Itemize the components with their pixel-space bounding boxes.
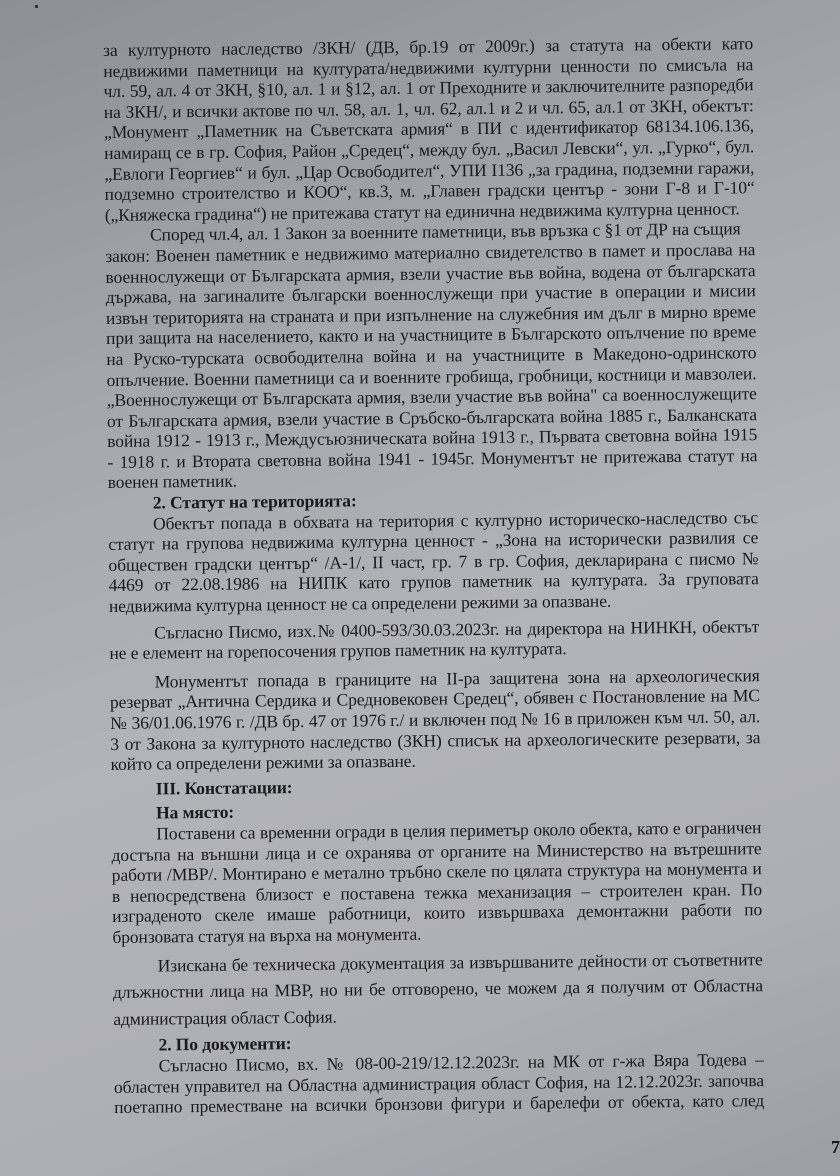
dust-speck — [35, 5, 38, 8]
paragraph-ninkn-letter: Съгласно Писмо, изх.№ 0400-593/30.03.202… — [109, 616, 759, 664]
paragraph-archaeological-reserve: Монументът попада в границите на II-ра з… — [110, 665, 761, 775]
paragraph-military-monuments: Според чл.4, ал. 1 Закон за военните пам… — [105, 219, 758, 494]
document-photo: за културното наследство /ЗКН/ (ДВ, бр.1… — [0, 0, 840, 1176]
paragraph-on-site: Поставени са временни огради в целия пер… — [111, 817, 762, 947]
paragraph-legal-status: за културното наследство /ЗКН/ (ДВ, бр.1… — [103, 33, 755, 225]
paragraph-documents: Съгласно Писмо, вх. № 08-00-219/12.12.20… — [114, 1049, 765, 1118]
document-text: за културното наследство /ЗКН/ (ДВ, бр.1… — [103, 33, 764, 1117]
page-corner-mark: 7 — [831, 1137, 840, 1158]
paragraph-territory: Обектът попада в обхвата на територия с … — [108, 507, 759, 617]
paragraph-docs-request: Изискана бе техническа документация за и… — [113, 949, 764, 1030]
